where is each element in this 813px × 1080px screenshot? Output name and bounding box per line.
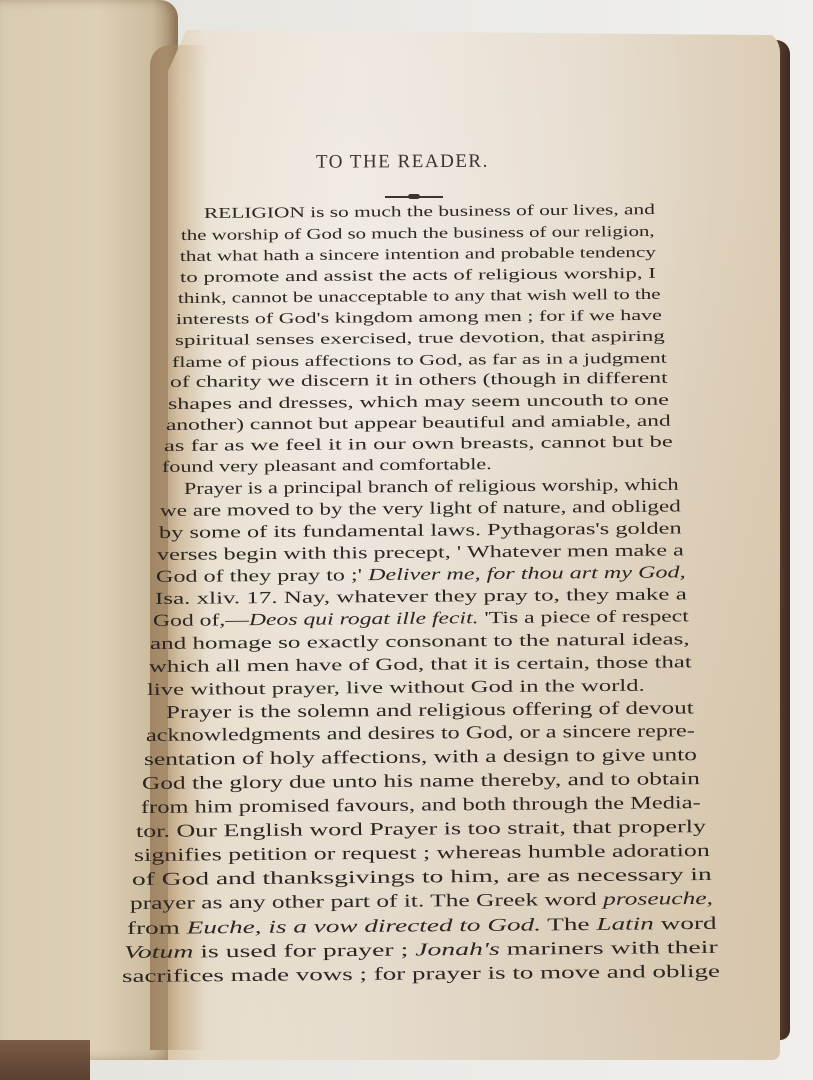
text-run: sentation of holy affections, with a des…	[144, 744, 697, 769]
text-line: interests of God's kingdom among men ; f…	[176, 306, 662, 330]
text-line: sacrifices made vows ; for prayer is to …	[122, 961, 720, 986]
text-line: God of,—Deos qui rogat ille fecit. 'Tis …	[153, 606, 689, 631]
text-line: Prayer is a principal branch of religiou…	[184, 475, 679, 499]
text-line: RELIGION is so much the business of our …	[204, 200, 655, 224]
text-line: Isa. xliv. 17. Nay, whatever they pray t…	[155, 584, 687, 609]
rule-ornament-icon	[385, 195, 443, 198]
text-run: to promote and assist the acts of religi…	[180, 266, 656, 286]
text-run: verses begin with this precept, ' Whatev…	[157, 540, 684, 564]
italic-text: Deliver me, for thou art my God,	[368, 562, 686, 584]
text-line: Prayer is the solemn and religious offer…	[166, 697, 694, 722]
text-run: by some of its fundamental laws. Pythago…	[159, 518, 682, 542]
text-run: which all men have of God, that it is ce…	[149, 652, 692, 676]
text-line: and homage so exactly consonant to the n…	[150, 629, 690, 654]
text-line: as far as we feel it in our own breasts,…	[164, 433, 673, 457]
text-run: the worship of God so much the business …	[181, 224, 655, 244]
text-line: sentation of holy affections, with a des…	[144, 744, 697, 769]
text-line: of charity we discern it in others (thou…	[170, 369, 668, 393]
page-text: TO THE READER. RELIGION is so much the b…	[0, 0, 813, 1080]
text-line: prayer as any other part of it. The Gree…	[130, 888, 713, 913]
text-run: The	[541, 914, 597, 934]
text-run: live without prayer, live without God in…	[147, 676, 645, 699]
text-line: which all men have of God, that it is ce…	[149, 652, 692, 677]
italic-text: Jonah's	[415, 939, 500, 960]
text-run: 'Tis a piece of respect	[478, 606, 688, 627]
text-line: verses begin with this precept, ' Whatev…	[157, 540, 684, 565]
text-line: God the glory due unto his name thereby,…	[142, 768, 700, 793]
text-run: Isa. xliv. 17. Nay, whatever they pray t…	[155, 584, 687, 608]
text-run: sacrifices made vows ; for prayer is to …	[122, 961, 720, 986]
italic-text: Latin	[596, 913, 654, 934]
text-run: from	[127, 917, 187, 938]
text-run: acknowledgments and desires to God, or a…	[146, 720, 695, 745]
text-run: of God and thanksgivings to him, are as …	[132, 864, 712, 889]
text-run: tor. Our English word Prayer is too stra…	[136, 816, 706, 841]
text-run: RELIGION is so much the business of our …	[204, 202, 655, 222]
text-run: think, cannot be unacceptable to any tha…	[178, 287, 661, 307]
text-run: shapes and dresses, which may seem uncou…	[168, 392, 669, 413]
text-run: signifies petition or request ; whereas …	[134, 840, 710, 865]
text-line: think, cannot be unacceptable to any tha…	[178, 285, 661, 309]
text-line: that what hath a sincere intention and p…	[180, 243, 656, 267]
italic-text: Euche, is a vow directed to God.	[187, 914, 541, 937]
text-line: of God and thanksgivings to him, are as …	[132, 864, 712, 889]
text-line: Votum is used for prayer ; Jonah's marin…	[124, 937, 718, 962]
text-run: of charity we discern it in others (thou…	[170, 370, 668, 391]
text-line: acknowledgments and desires to God, or a…	[146, 720, 695, 745]
text-run: spiritual senses exercised, true devotio…	[175, 329, 665, 349]
text-line: signifies petition or request ; whereas …	[134, 840, 710, 865]
text-run: we are moved to by the very light of nat…	[160, 496, 681, 520]
text-line: tor. Our English word Prayer is too stra…	[136, 816, 706, 841]
text-run: God of,—	[153, 610, 249, 630]
text-line: live without prayer, live without God in…	[147, 676, 645, 700]
text-line: from him promised favours, and both thro…	[141, 792, 701, 817]
text-line: God of they pray to ;' Deliver me, for t…	[156, 562, 686, 587]
text-run: found very pleasant and comfortable.	[162, 456, 492, 476]
text-run: God of they pray to ;'	[156, 565, 368, 586]
text-run: word	[654, 913, 717, 934]
text-run: from him promised favours, and both thro…	[141, 792, 701, 817]
text-line: spiritual senses exercised, true devotio…	[175, 327, 665, 351]
text-line: we are moved to by the very light of nat…	[160, 496, 681, 521]
text-line: from Euche, is a vow directed to God. Th…	[127, 913, 717, 938]
text-run: prayer as any other part of it. The Gree…	[130, 889, 603, 913]
text-line: found very pleasant and comfortable.	[162, 455, 492, 478]
italic-text: Deos qui rogat ille fecit.	[249, 608, 479, 629]
text-run: that what hath a sincere intention and p…	[180, 245, 656, 265]
italic-text: Votum	[124, 941, 194, 962]
text-run: Prayer is the solemn and religious offer…	[166, 697, 694, 722]
text-run: interests of God's kingdom among men ; f…	[176, 308, 662, 328]
text-run: flame of pious affections to God, as far…	[172, 351, 667, 371]
text-run: another) cannot but appear beautiful and…	[166, 413, 671, 434]
italic-text: proseuche,	[603, 888, 713, 909]
text-run: as far as we feel it in our own breasts,…	[164, 434, 673, 455]
page-title: TO THE READER.	[316, 150, 566, 173]
text-line: to promote and assist the acts of religi…	[180, 264, 656, 288]
text-run: God the glory due unto his name thereby,…	[142, 768, 700, 793]
text-run: mariners with their	[500, 937, 718, 959]
text-line: by some of its fundamental laws. Pythago…	[159, 518, 682, 543]
text-line: the worship of God so much the business …	[181, 222, 655, 246]
text-run: is used for prayer ;	[193, 939, 415, 961]
text-run: Prayer is a principal branch of religiou…	[184, 475, 679, 498]
text-run: and homage so exactly consonant to the n…	[150, 629, 690, 653]
